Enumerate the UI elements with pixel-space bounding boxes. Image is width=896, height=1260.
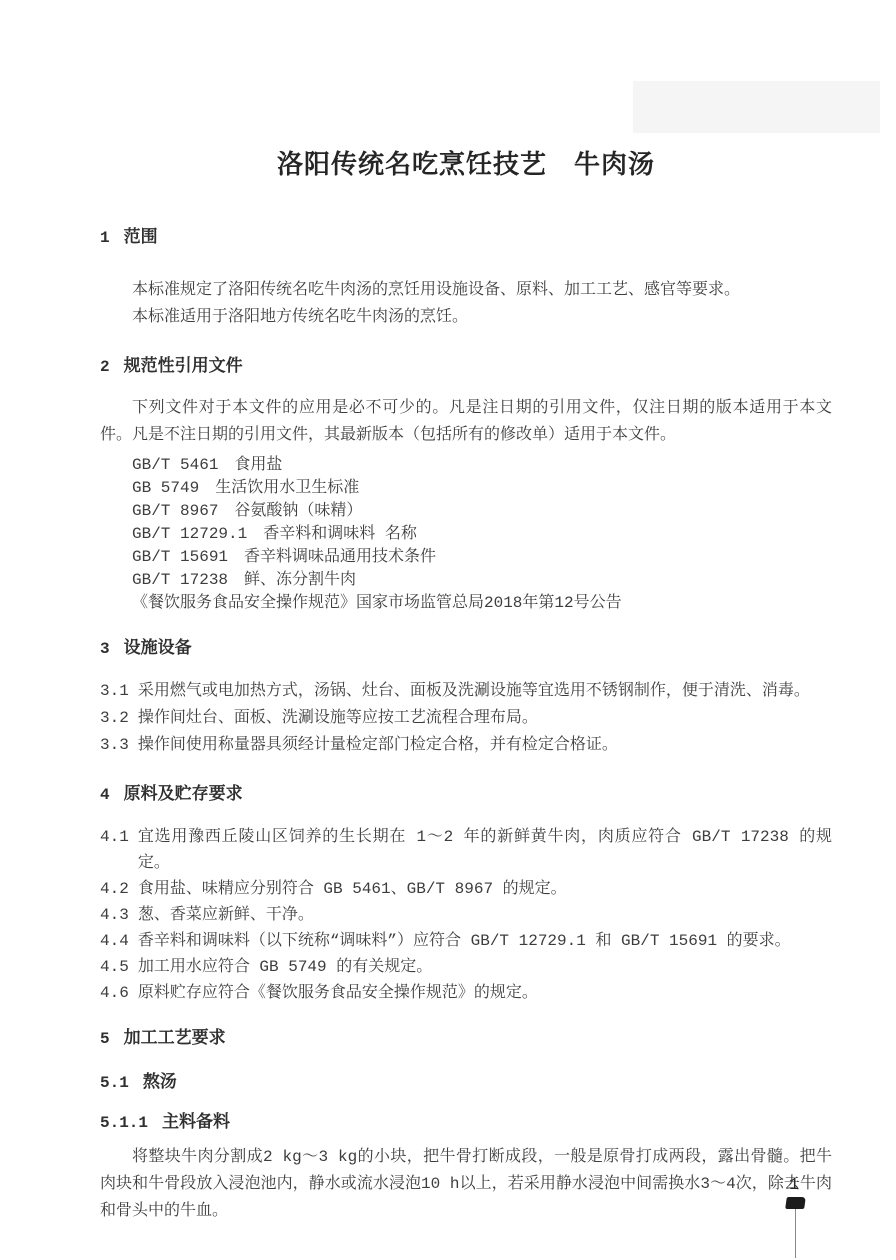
clause-text: 采用燃气或电加热方式，汤锅、灶台、面板及洗涮设施等宜选用不锈钢制作，便于清洗、消… bbox=[138, 678, 832, 705]
section-1-paragraph-2: 本标准适用于洛阳地方传统名吃牛肉汤的烹饪。 bbox=[100, 304, 832, 331]
clause-text: 操作间使用称量器具须经计量检定部门检定合格，并有检定合格证。 bbox=[138, 732, 832, 759]
clause-text: 宜选用豫西丘陵山区饲养的生长期在 1～2 年的新鲜黄牛肉，肉质应符合 GB/T … bbox=[138, 824, 832, 876]
scan-artifact-pin bbox=[785, 1197, 806, 1209]
clause-4-5: 4.5 加工用水应符合 GB 5749 的有关规定。 bbox=[100, 954, 832, 980]
clause-number: 4.6 bbox=[100, 980, 129, 1006]
clause-4-6: 4.6 原料贮存应符合《餐饮服务食品安全操作规范》的规定。 bbox=[100, 980, 832, 1006]
section-5-1-1-paragraph: 将整块牛肉分割成2 kg～3 kg的小块，把牛骨打断成段，一般是原骨打成两段，露… bbox=[100, 1144, 832, 1225]
section-4-clauses: 4.1 宜选用豫西丘陵山区饲养的生长期在 1～2 年的新鲜黄牛肉，肉质应符合 G… bbox=[100, 824, 832, 1006]
scan-artifact-box bbox=[633, 81, 880, 133]
clause-number: 3.2 bbox=[100, 705, 129, 732]
reference-item: GB/T 15691 香辛料调味品通用技术条件 bbox=[100, 546, 832, 569]
clause-4-2: 4.2 食用盐、味精应分别符合 GB 5461、GB/T 8967 的规定。 bbox=[100, 876, 832, 902]
section-2-number: 2 bbox=[100, 356, 110, 378]
section-5-1-heading: 5.1 熬汤 bbox=[100, 1071, 832, 1094]
clause-text: 香辛料和调味料（以下统称“调味料”）应符合 GB/T 12729.1 和 GB/… bbox=[138, 928, 832, 954]
section-5-1-number: 5.1 bbox=[100, 1072, 129, 1094]
clause-text: 食用盐、味精应分别符合 GB 5461、GB/T 8967 的规定。 bbox=[138, 876, 832, 902]
section-2-title: 规范性引用文件 bbox=[124, 355, 243, 377]
reference-item: 《餐饮服务食品安全操作规范》国家市场监管总局2018年第12号公告 bbox=[100, 592, 832, 615]
clause-number: 3.1 bbox=[100, 678, 129, 705]
clause-number: 4.5 bbox=[100, 954, 129, 980]
clause-4-4: 4.4 香辛料和调味料（以下统称“调味料”）应符合 GB/T 12729.1 和… bbox=[100, 928, 832, 954]
clause-number: 4.4 bbox=[100, 928, 129, 954]
section-5-title: 加工工艺要求 bbox=[124, 1027, 226, 1049]
section-3-number: 3 bbox=[100, 638, 110, 660]
section-5-heading: 5 加工工艺要求 bbox=[100, 1027, 832, 1050]
clause-number: 4.3 bbox=[100, 902, 129, 928]
section-1-title: 范围 bbox=[124, 226, 158, 248]
clause-text: 操作间灶台、面板、洗涮设施等应按工艺流程合理布局。 bbox=[138, 705, 832, 732]
section-3-title: 设施设备 bbox=[124, 637, 192, 659]
section-5-1-1-title: 主料备料 bbox=[162, 1111, 230, 1133]
clause-4-3: 4.3 葱、香菜应新鲜、干净。 bbox=[100, 902, 832, 928]
clause-3-1: 3.1 采用燃气或电加热方式，汤锅、灶台、面板及洗涮设施等宜选用不锈钢制作，便于… bbox=[100, 678, 832, 705]
section-5-1-1-number: 5.1.1 bbox=[100, 1112, 148, 1134]
reference-item: GB 5749 生活饮用水卫生标准 bbox=[100, 477, 832, 500]
document-title: 洛阳传统名吃烹饪技艺 牛肉汤 bbox=[100, 146, 832, 182]
document-content: 洛阳传统名吃烹饪技艺 牛肉汤 1 范围 本标准规定了洛阳传统名吃牛肉汤的烹饪用设… bbox=[100, 146, 832, 1225]
document-page: 洛阳传统名吃烹饪技艺 牛肉汤 1 范围 本标准规定了洛阳传统名吃牛肉汤的烹饪用设… bbox=[0, 0, 896, 1260]
reference-item: GB/T 12729.1 香辛料和调味料 名称 bbox=[100, 523, 832, 546]
section-5-1-1-heading: 5.1.1 主料备料 bbox=[100, 1111, 832, 1134]
section-4-title: 原料及贮存要求 bbox=[124, 783, 243, 805]
clause-3-2: 3.2 操作间灶台、面板、洗涮设施等应按工艺流程合理布局。 bbox=[100, 705, 832, 732]
clause-number: 4.2 bbox=[100, 876, 129, 902]
section-1-number: 1 bbox=[100, 227, 110, 249]
section-5-number: 5 bbox=[100, 1028, 110, 1050]
reference-item: GB/T 17238 鲜、冻分割牛肉 bbox=[100, 569, 832, 592]
section-3-heading: 3 设施设备 bbox=[100, 637, 832, 660]
normative-reference-list: GB/T 5461 食用盐 GB 5749 生活饮用水卫生标准 GB/T 896… bbox=[100, 454, 832, 615]
reference-item: GB/T 8967 谷氨酸钠（味精） bbox=[100, 500, 832, 523]
section-1-heading: 1 范围 bbox=[100, 226, 832, 249]
clause-3-3: 3.3 操作间使用称量器具须经计量检定部门检定合格，并有检定合格证。 bbox=[100, 732, 832, 759]
clause-number: 3.3 bbox=[100, 732, 129, 759]
section-1-paragraph-1: 本标准规定了洛阳传统名吃牛肉汤的烹饪用设施设备、原料、加工工艺、感官等要求。 bbox=[100, 277, 832, 304]
section-5-1-title: 熬汤 bbox=[143, 1071, 177, 1093]
clause-text: 加工用水应符合 GB 5749 的有关规定。 bbox=[138, 954, 832, 980]
scan-artifact-line bbox=[795, 1209, 796, 1258]
page-number: 1 bbox=[789, 1176, 799, 1195]
section-4-heading: 4 原料及贮存要求 bbox=[100, 783, 832, 806]
section-3-clauses: 3.1 采用燃气或电加热方式，汤锅、灶台、面板及洗涮设施等宜选用不锈钢制作，便于… bbox=[100, 678, 832, 759]
section-2-intro: 下列文件对于本文件的应用是必不可少的。凡是注日期的引用文件，仅注日期的版本适用于… bbox=[100, 395, 832, 449]
section-4-number: 4 bbox=[100, 784, 110, 806]
reference-item: GB/T 5461 食用盐 bbox=[100, 454, 832, 477]
clause-text: 原料贮存应符合《餐饮服务食品安全操作规范》的规定。 bbox=[138, 980, 832, 1006]
clause-text: 葱、香菜应新鲜、干净。 bbox=[138, 902, 832, 928]
clause-number: 4.1 bbox=[100, 824, 129, 850]
section-2-heading: 2 规范性引用文件 bbox=[100, 355, 832, 378]
clause-4-1: 4.1 宜选用豫西丘陵山区饲养的生长期在 1～2 年的新鲜黄牛肉，肉质应符合 G… bbox=[100, 824, 832, 876]
